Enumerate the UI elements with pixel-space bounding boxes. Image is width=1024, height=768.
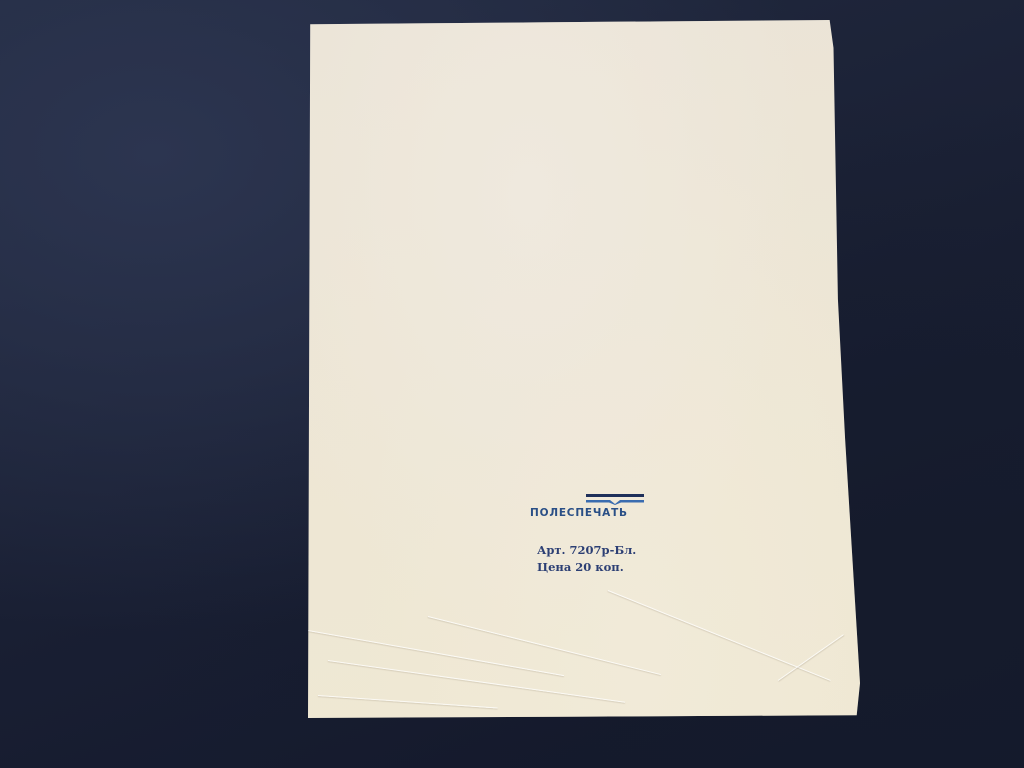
paper-crease bbox=[318, 695, 498, 709]
paper-crease bbox=[428, 616, 661, 675]
publisher-name: ПОЛЕСПЕЧАТЬ bbox=[530, 507, 628, 519]
paper-crease bbox=[308, 630, 564, 676]
open-book-stripes-icon bbox=[586, 493, 644, 505]
publisher-logo: ПОЛЕСПЕЧАТЬ bbox=[530, 493, 642, 523]
notebook-back-cover bbox=[308, 20, 860, 718]
price-label: Цена 20 коп. bbox=[537, 559, 636, 576]
print-info: Арт. 7207р-Бл. Цена 20 коп. bbox=[537, 542, 636, 576]
paper-crease bbox=[778, 634, 844, 681]
article-number: Арт. 7207р-Бл. bbox=[537, 542, 636, 559]
paper-crease bbox=[328, 660, 625, 703]
